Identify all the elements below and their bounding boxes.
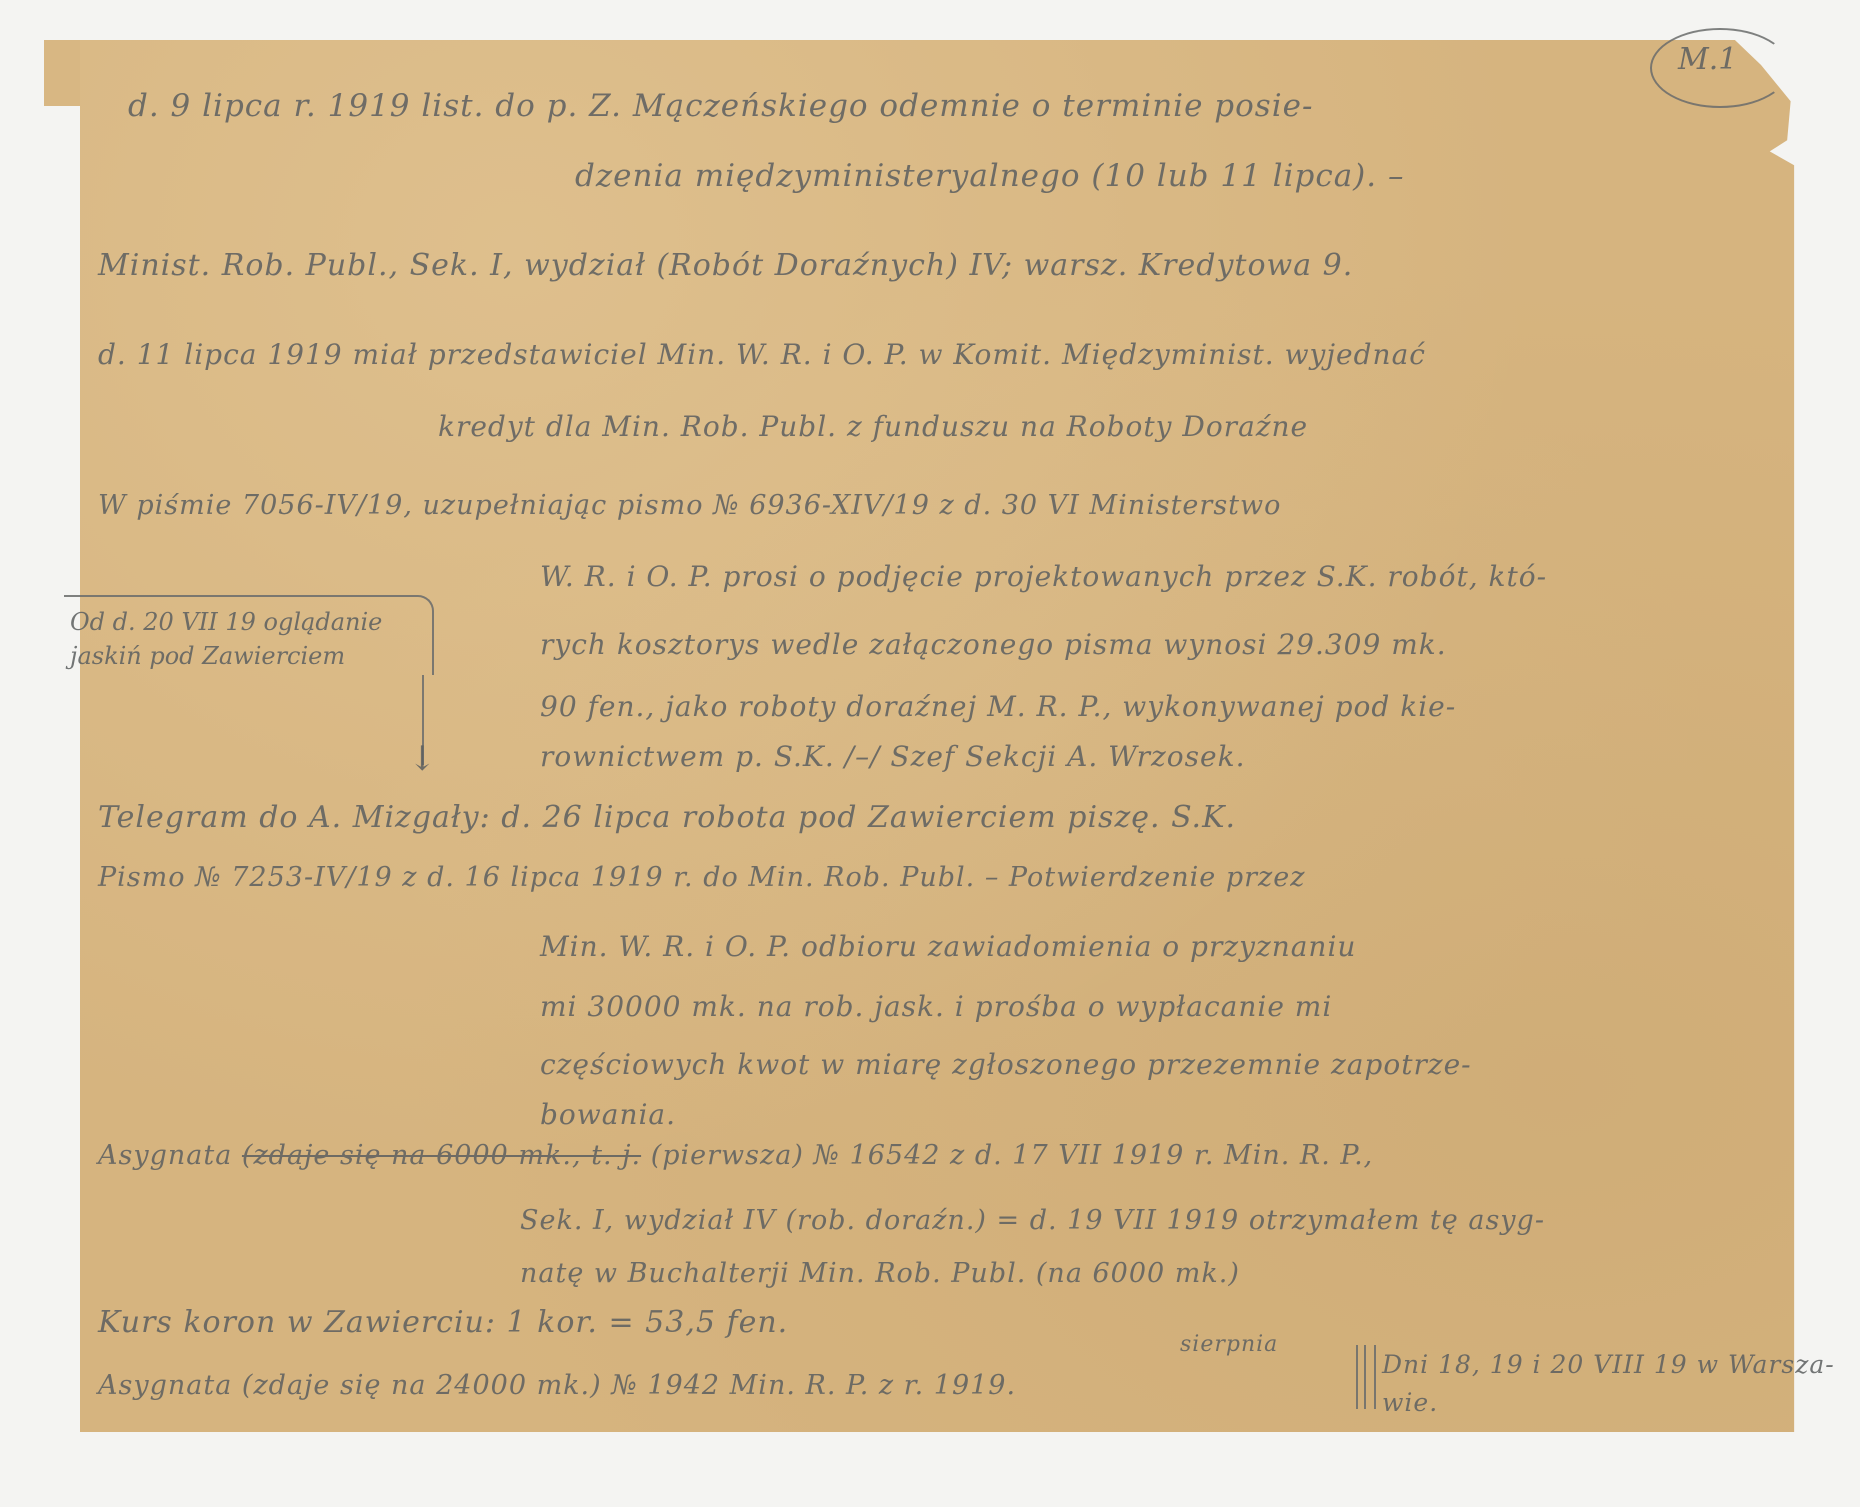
handwritten-line-19: natę w Buchalterji Min. Rob. Publ. (na 6… (520, 1258, 1240, 1289)
handwritten-line-14: mi 30000 mk. na rob. jask. i prośba o wy… (540, 990, 1332, 1023)
margin-note-line-1: Od d. 20 VII 19 oglądanie (70, 605, 422, 639)
handwritten-line-6: W piśmie 7056-IV/19, uzupełniając pismo … (98, 490, 1281, 521)
arrow-down-icon: ↓ (408, 742, 437, 776)
superscript-sierpnia: sierpnia (1180, 1332, 1278, 1357)
handwritten-line-7: W. R. i O. P. prosi o podjęcie projektow… (540, 560, 1547, 593)
handwritten-line-8: rych kosztorys wedle załączonego pisma w… (540, 628, 1447, 661)
handwritten-line-17: Asygnata (zdaje się na 6000 mk., t. j. (… (98, 1140, 1373, 1171)
handwritten-line-15: częściowych kwot w miarę zgłoszonego prz… (540, 1048, 1472, 1081)
corner-mark-text: M.1 (1678, 42, 1737, 77)
handwritten-line-21: Asygnata (zdaje się na 24000 mk.) № 1942… (98, 1370, 1016, 1401)
handwritten-line-23: wie. (1382, 1388, 1438, 1417)
handwritten-line-18: Sek. I, wydział IV (rob. doraźn.) = d. 1… (520, 1205, 1545, 1236)
handwritten-line-4: d. 11 lipca 1919 miał przedstawiciel Min… (98, 338, 1426, 371)
asygnata-details: (pierwsza) № 16542 z d. 17 VII 1919 r. M… (651, 1140, 1374, 1171)
handwritten-line-16: bowania. (540, 1098, 676, 1131)
struck-through-text: (zdaje się na 6000 mk., t. j. (242, 1140, 641, 1171)
margin-note-line-2: jaskiń pod Zawierciem (70, 639, 422, 673)
asygnata-label: Asygnata (98, 1140, 232, 1171)
triple-vertical-bars (1356, 1345, 1376, 1409)
handwritten-line-11: Telegram do A. Mizgały: d. 26 lipca robo… (98, 800, 1236, 835)
handwritten-line-2: dzenia międzyministeryalnego (10 lub 11 … (575, 158, 1404, 194)
handwritten-line-1: d. 9 lipca r. 1919 list. do p. Z. Mączeń… (128, 88, 1313, 124)
handwritten-line-10: rownictwem p. S.K. /–/ Szef Sekcji A. Wr… (540, 740, 1245, 773)
handwritten-line-12: Pismo № 7253-IV/19 z d. 16 lipca 1919 r.… (98, 862, 1305, 893)
handwritten-line-22: Dni 18, 19 i 20 VIII 19 w Warsza- (1382, 1350, 1835, 1379)
handwritten-line-20: Kurs koron w Zawierciu: 1 kor. = 53,5 fe… (98, 1305, 788, 1340)
handwritten-line-5: kredyt dla Min. Rob. Publ. z funduszu na… (438, 410, 1308, 443)
margin-note-box: Od d. 20 VII 19 oglądanie jaskiń pod Zaw… (64, 595, 434, 675)
handwritten-line-3: Minist. Rob. Publ., Sek. I, wydział (Rob… (98, 248, 1353, 283)
corner-archive-mark: M.1 (1650, 28, 1790, 108)
handwritten-line-9: 90 fen., jako roboty doraźnej M. R. P., … (540, 690, 1456, 723)
handwritten-line-13: Min. W. R. i O. P. odbioru zawiadomienia… (540, 930, 1356, 963)
